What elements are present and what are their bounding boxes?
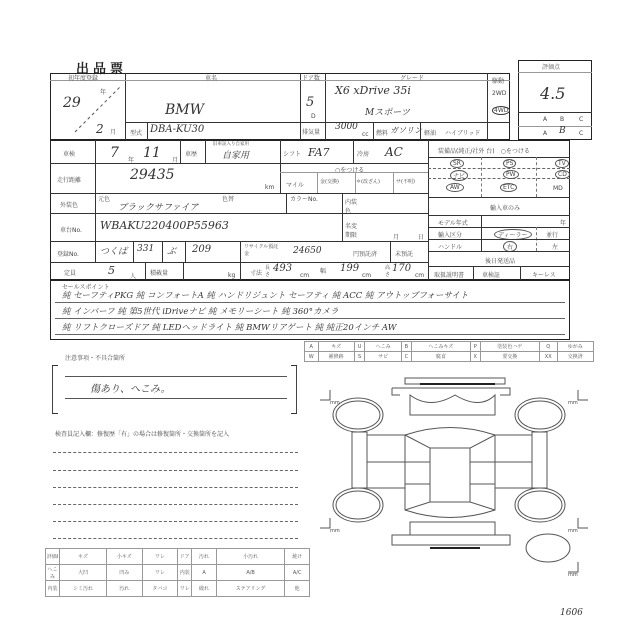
fuel-value: ガソリン bbox=[390, 125, 422, 136]
equip-sr: SR bbox=[450, 159, 464, 168]
capacity-label: 定員 bbox=[64, 268, 76, 277]
dimensions-label: 寸法 bbox=[250, 268, 262, 277]
table-cell: ワレ bbox=[142, 549, 178, 565]
sales-point-line-1: 純 セーフティPKG 純 コンフォートA 純 ハンドリジュント セーフティ 純 … bbox=[62, 289, 468, 301]
accessory-manual: 取扱説明書 bbox=[434, 270, 464, 279]
history-value: 自家用 bbox=[222, 148, 249, 161]
table-cell: 他 bbox=[285, 581, 310, 597]
drive-4wd-circled: 4WD bbox=[492, 106, 510, 115]
inspection-month: 11 bbox=[143, 145, 161, 161]
original-color-label: 元色 bbox=[98, 194, 110, 203]
shift-label: シフト bbox=[283, 149, 301, 158]
doors-unit: D bbox=[311, 113, 316, 120]
grade-sub-value: Mスポーツ bbox=[365, 105, 410, 118]
tire-label-rr: mm bbox=[568, 528, 578, 534]
legend-code: XX bbox=[539, 352, 557, 362]
legend-code: P bbox=[470, 342, 480, 352]
registration-class: 331 bbox=[137, 244, 154, 254]
table-cell: 汚れ bbox=[107, 581, 143, 597]
notes-label: 注意事項・不具合箇所 bbox=[65, 353, 125, 362]
mileage-option-exchanged: 金(交換) bbox=[320, 178, 339, 185]
legend-code: C bbox=[401, 352, 411, 362]
score-ext-a: A bbox=[543, 116, 547, 123]
ac-label: 冷房 bbox=[357, 149, 369, 158]
score-int-selected: B bbox=[559, 126, 566, 136]
deadline-day: 日 bbox=[418, 232, 424, 241]
table-cell: 凹み bbox=[107, 565, 143, 581]
chassis-value: WBAKU220400P55963 bbox=[100, 219, 229, 232]
notes-bracket bbox=[52, 365, 297, 413]
width-label: 幅 bbox=[320, 266, 326, 275]
registration-area: つくば bbox=[100, 244, 127, 257]
registration-number: 209 bbox=[192, 244, 211, 255]
grade-value: X6 xDrive 35i bbox=[335, 84, 411, 97]
table-cell: 評価I bbox=[46, 549, 60, 565]
tire-label-fr: mm bbox=[568, 400, 578, 406]
inspector-label: 検査員記入欄：修復歴「有」の場合は修復箇所・交換箇所を記入 bbox=[55, 429, 229, 438]
score-ext-c: C bbox=[579, 116, 583, 123]
deadline-label: 名変期限 bbox=[345, 221, 359, 239]
drive-2wd: 2WD bbox=[492, 90, 506, 97]
score-int-c: C bbox=[579, 130, 583, 137]
steering-left: 左 bbox=[552, 242, 558, 251]
table-cell: 小汚れ bbox=[216, 549, 284, 565]
legend-desc: ゆがみ bbox=[557, 342, 593, 352]
legend-code: X bbox=[470, 352, 480, 362]
exterior-color-value: ブラックサファイア bbox=[118, 200, 198, 213]
equip-tv: TV bbox=[555, 159, 569, 168]
exterior-color-label: 外装色 bbox=[60, 200, 78, 209]
model-year-label: モデル年式 bbox=[438, 218, 468, 227]
legend-desc: キズ bbox=[318, 342, 354, 352]
color-change-label: 色替 bbox=[222, 194, 234, 203]
table-cell: 大凹 bbox=[60, 565, 107, 581]
table-cell: シミ汚れ bbox=[60, 581, 107, 597]
recycle-paid: 円預託済 bbox=[353, 249, 377, 258]
model-code-value: DBA-KU30 bbox=[150, 124, 204, 135]
equip-cd: CD bbox=[555, 170, 570, 179]
mileage-option-mile: マイル bbox=[286, 180, 304, 189]
legend-code: B bbox=[401, 342, 411, 352]
slash-strike bbox=[70, 82, 125, 137]
mileage-value: 29435 bbox=[130, 167, 175, 183]
grade-label: グレード bbox=[400, 73, 424, 82]
table-cell: A/C bbox=[285, 565, 310, 581]
equip-aw: AW bbox=[446, 183, 464, 192]
tire-label-rl: mm bbox=[330, 528, 340, 534]
sales-point-line-3: 純 リフトクローズドア 純 LEDヘッドライト 純 BMWリアゲート 純 純正2… bbox=[62, 321, 396, 333]
load-unit: kg bbox=[228, 272, 235, 279]
car-name-value: BMW bbox=[165, 102, 204, 118]
table-cell: キズ bbox=[60, 549, 107, 565]
inspection-year: 7 bbox=[110, 145, 119, 161]
import-type-parallel: 並行 bbox=[546, 230, 558, 239]
mileage-label: 走行距離 bbox=[57, 175, 81, 184]
legend-desc: 補修跡 bbox=[318, 352, 354, 362]
table-cell: ドア bbox=[178, 549, 192, 565]
length-label: 長さ bbox=[265, 264, 271, 278]
height-label: 高さ bbox=[385, 264, 391, 278]
chassis-label: 車台No. bbox=[60, 225, 82, 234]
height-value: 170 bbox=[392, 263, 411, 274]
deadline-month: 月 bbox=[393, 232, 399, 241]
legend-code: Q bbox=[539, 342, 557, 352]
doors-label: ドア数 bbox=[302, 73, 320, 82]
table-cell: 焼け bbox=[285, 549, 310, 565]
equipment-header: 装備品(純正/社外 台) ○をつける bbox=[438, 146, 530, 155]
legend-desc: へこみ bbox=[365, 342, 401, 352]
legend-desc: 交換済 bbox=[557, 352, 593, 362]
mileage-unit: km bbox=[265, 184, 274, 191]
score-value: 4.5 bbox=[540, 84, 565, 103]
history-label: 車歴 bbox=[185, 149, 197, 158]
legend-code: S bbox=[354, 352, 365, 362]
legend-code: W bbox=[305, 352, 319, 362]
import-type-label: 輸入区分 bbox=[438, 230, 462, 239]
notes-value: 傷あり、へこみ。 bbox=[90, 380, 171, 395]
car-name-label: 車名 bbox=[205, 73, 217, 82]
drive-label: 駆動 bbox=[492, 76, 504, 85]
table-cell: ステアリング bbox=[216, 581, 284, 597]
legend-desc: 腐食 bbox=[411, 352, 470, 362]
table-cell: A bbox=[192, 565, 217, 581]
accessory-registration: 車検証 bbox=[482, 270, 500, 279]
page-number: 1606 bbox=[560, 608, 583, 618]
sales-point-line-2: 純 インパーフ 純 第5世代 iDriveナビ 純 メモリーシート 純 360°… bbox=[62, 305, 338, 317]
table-cell: 破れ bbox=[192, 581, 217, 597]
table-cell: 内装 bbox=[46, 581, 60, 597]
accessory-keyless: キーレス bbox=[532, 270, 556, 279]
accessories-header: 後日発送品 bbox=[485, 256, 515, 265]
score-ext-b: B bbox=[560, 116, 564, 123]
score-int-a: A bbox=[543, 130, 547, 137]
fuel-option-hybrid: ハイブリッド bbox=[445, 128, 480, 137]
color-no-label: カラーNo. bbox=[290, 194, 318, 203]
legend-code: A bbox=[305, 342, 319, 352]
shift-value: FA7 bbox=[308, 146, 330, 159]
inspection-month-unit: 月 bbox=[172, 155, 178, 164]
legend-desc: へこみキズ bbox=[411, 342, 470, 352]
table-cell: A/B bbox=[216, 565, 284, 581]
load-label: 積載量 bbox=[150, 268, 168, 277]
bottom-grading-table: 評価I キズ 小キズ ワレ ドア 汚れ 小汚れ 焼け へこみ 大凹 凹み ワレ … bbox=[45, 548, 310, 597]
equip-md: MD bbox=[553, 185, 563, 192]
equip-navi: ナビ bbox=[450, 170, 468, 181]
inspection-year-unit: 年 bbox=[128, 155, 134, 164]
table-cell: 汚れ bbox=[192, 549, 217, 565]
recycle-value: 24650 bbox=[293, 246, 322, 256]
doors-value: 5 bbox=[306, 95, 314, 110]
displacement-label: 排気量 bbox=[302, 127, 320, 136]
legend-desc: サビ bbox=[365, 352, 401, 362]
mileage-option-tampered: ＊(改ざん) bbox=[356, 178, 380, 185]
recycle-unpaid: 未預託 bbox=[395, 249, 413, 258]
model-year-unit: 年 bbox=[560, 218, 566, 227]
table-cell: ワレ bbox=[142, 565, 178, 581]
table-cell: 小キズ bbox=[107, 549, 143, 565]
legend-code: U bbox=[354, 342, 365, 352]
width-unit: cm bbox=[362, 272, 371, 279]
registration-kana: ぶ bbox=[167, 244, 176, 257]
inspection-label: 車検 bbox=[63, 149, 75, 158]
legend-desc: 要交換 bbox=[480, 352, 539, 362]
mileage-option-unknown: サ(不明) bbox=[396, 178, 415, 185]
table-cell: 内装 bbox=[178, 565, 192, 581]
first-registration-label: 初年度登録 bbox=[68, 73, 98, 82]
score-label: 評価点 bbox=[542, 62, 560, 71]
displacement-value: 3000 bbox=[335, 122, 358, 132]
tire-label-spare: mm bbox=[568, 572, 578, 578]
registration-label: 登録No. bbox=[57, 249, 79, 258]
steering-label: ハンドル bbox=[438, 242, 462, 251]
displacement-unit: cc bbox=[362, 131, 369, 138]
equip-pw: PW bbox=[503, 170, 519, 179]
ac-value: AC bbox=[385, 145, 403, 159]
fuel-option-diesel: 軽油 bbox=[424, 128, 436, 137]
table-cell: ワレ bbox=[178, 581, 192, 597]
height-unit: cm bbox=[415, 272, 424, 279]
history-sublabel: 旧車証入り自家用 bbox=[213, 141, 249, 147]
recycle-label: リサイクル預託金 bbox=[244, 243, 280, 257]
damage-legend: A キズ U へこみ B へこみキズ P 塗装色ハゲ Q ゆがみ W 補修跡 S… bbox=[304, 341, 594, 362]
fuel-label: 燃料 bbox=[376, 128, 388, 137]
interior-color-label: 内装色 bbox=[345, 197, 359, 215]
import-header: 輸入車のみ bbox=[490, 203, 520, 212]
legend-desc: 塗装色ハゲ bbox=[480, 342, 539, 352]
tire-label-fl: mm bbox=[330, 400, 340, 406]
capacity-value: 5 bbox=[108, 264, 115, 277]
model-code-label: 型式 bbox=[130, 128, 142, 137]
length-unit: cm bbox=[300, 272, 309, 279]
length-value: 493 bbox=[273, 263, 292, 274]
capacity-unit: 人 bbox=[130, 271, 136, 280]
table-cell: へこみ bbox=[46, 565, 60, 581]
width-value: 199 bbox=[340, 263, 359, 274]
table-cell: タバコ bbox=[142, 581, 178, 597]
